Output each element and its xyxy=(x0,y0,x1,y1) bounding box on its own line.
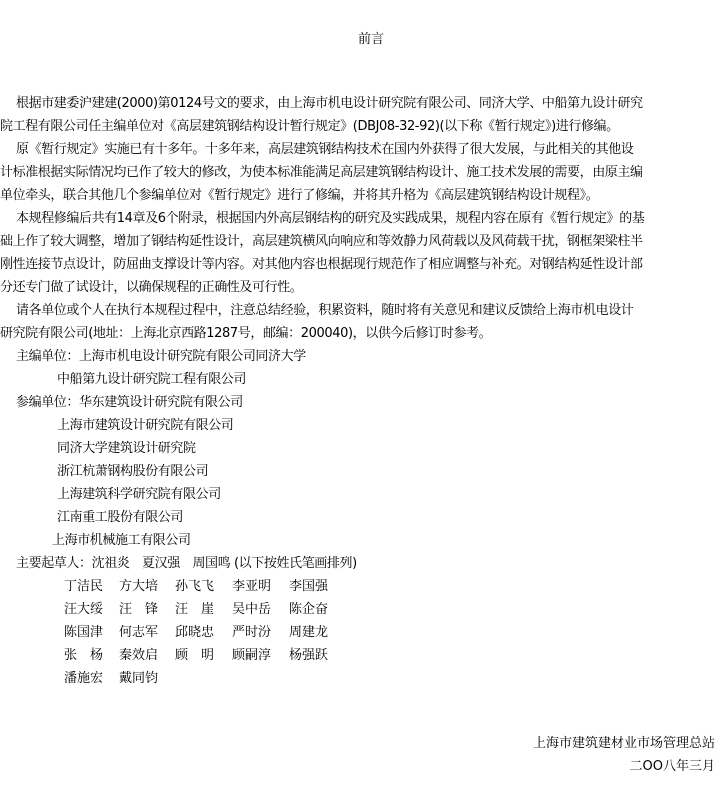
drafter-name: 秦效启 xyxy=(119,648,158,664)
participating-unit-3: 同济大学建筑设计研究院 xyxy=(57,441,196,457)
participating-unit-7: 上海市机械施工有限公司 xyxy=(52,533,191,549)
paragraph-3-line-1: 本规程修编后共有14章及6个附录，根据国内外高层钢结构的研究及实践成果，规程内容… xyxy=(16,211,644,227)
paragraph-2-line-1: 原《暂行规定》实施已有十多年。十多年来，高层建筑钢结构技术在国内外获得了很大发展… xyxy=(16,142,633,158)
signature-organization: 上海市建筑建材业市场管理总站 xyxy=(533,736,715,752)
paragraph-3-line-2: 础上作了较大调整，增加了钢结构延性设计，高层建筑横风向响应和等效静力风荷载以及风… xyxy=(0,234,643,250)
paragraph-2-line-3: 单位牵头，联合其他几个参编单位对《暂行规定》进行了修编，并将其升格为《高层建筑钢… xyxy=(0,188,598,204)
drafter-name: 李国强 xyxy=(289,579,328,595)
participating-unit-5: 上海建筑科学研究院有限公司 xyxy=(57,487,221,503)
drafter-name: 潘施宏 xyxy=(64,671,103,687)
drafter-lead-2: 夏汉强 xyxy=(142,556,180,571)
drafters-label: 主要起草人： xyxy=(16,556,92,571)
paragraph-3-line-3: 刚性连接节点设计，防屈曲支撑设计等内容。对其他内容也根据现行规范作了相应调整与补… xyxy=(0,257,643,273)
participating-units-label: 参编单位： xyxy=(16,395,79,410)
drafter-name: 汪大绥 xyxy=(64,602,103,618)
drafter-name: 邱晓忠 xyxy=(175,625,214,641)
drafter-name: 汪 锋 xyxy=(119,602,158,618)
paragraph-1-line-1: 根据市建委沪建建(2000)第0124号文的要求，由上海市机电设计研究院有限公司… xyxy=(16,96,643,112)
drafter-name: 周建龙 xyxy=(289,625,328,641)
participating-unit-2: 上海市建筑设计研究院有限公司 xyxy=(57,418,233,434)
drafter-name: 何志军 xyxy=(119,625,158,641)
drafter-name: 顾嗣淳 xyxy=(232,648,271,664)
drafter-name: 张 杨 xyxy=(64,648,103,664)
drafter-name: 汪 崖 xyxy=(175,602,214,618)
paragraph-3-line-4: 分还专门做了试设计，以确保规程的正确性及可行性。 xyxy=(0,280,302,296)
drafter-name: 戴同钧 xyxy=(119,671,158,687)
chief-unit-1: 上海市机电设计研究院有限公司同济大学 xyxy=(79,349,306,364)
drafter-name: 孙飞飞 xyxy=(175,579,214,595)
paragraph-4-line-2: 研究院有限公司(地址：上海北京西路1287号，邮编：200040)，以供今后修订… xyxy=(0,326,491,342)
signature-date: 二OO八年三月 xyxy=(630,759,715,775)
drafter-name: 吴中岳 xyxy=(232,602,271,618)
drafter-name: 顾 明 xyxy=(175,648,214,664)
drafters-note: (以下按姓氏笔画排列) xyxy=(234,556,357,571)
participating-unit-4: 浙江杭萧钢构股份有限公司 xyxy=(57,464,208,480)
paragraph-4-line-1: 请各单位或个人在执行本规程过程中，注意总结经验，积累资料，随时将有关意见和建议反… xyxy=(16,303,633,319)
drafter-name: 陈企奋 xyxy=(289,602,328,618)
drafter-name: 陈国津 xyxy=(64,625,103,641)
participating-unit-6: 江南重工股份有限公司 xyxy=(57,510,183,526)
drafter-name: 杨强跃 xyxy=(289,648,328,664)
drafter-name: 方大培 xyxy=(119,579,158,595)
paragraph-1-line-2: 院工程有限公司任主编单位对《高层建筑钢结构设计暂行规定》(DBJ08-32-92… xyxy=(0,119,619,135)
drafter-name: 李亚明 xyxy=(232,579,271,595)
drafter-lead-3: 周国鸣 xyxy=(192,556,230,571)
drafters-line: 主要起草人：沈祖炎 夏汉强 周国鸣 (以下按姓氏笔画排列) xyxy=(16,556,357,572)
chief-unit-2: 中船第九设计研究院工程有限公司 xyxy=(57,372,246,388)
page-title: 前言 xyxy=(358,32,384,48)
chief-units-line: 主编单位：上海市机电设计研究院有限公司同济大学 xyxy=(16,349,306,365)
paragraph-2-line-2: 计标准根据实际情况均已作了较大的修改，为使本标准能满足高层建筑钢结构设计、施工技… xyxy=(0,165,643,181)
participating-units-line: 参编单位：华东建筑设计研究院有限公司 xyxy=(16,395,243,411)
drafter-lead-1: 沈祖炎 xyxy=(92,556,130,571)
chief-units-label: 主编单位： xyxy=(16,349,79,364)
drafter-name: 丁洁民 xyxy=(64,579,103,595)
drafter-name: 严时汾 xyxy=(232,625,271,641)
participating-unit-1: 华东建筑设计研究院有限公司 xyxy=(79,395,243,410)
